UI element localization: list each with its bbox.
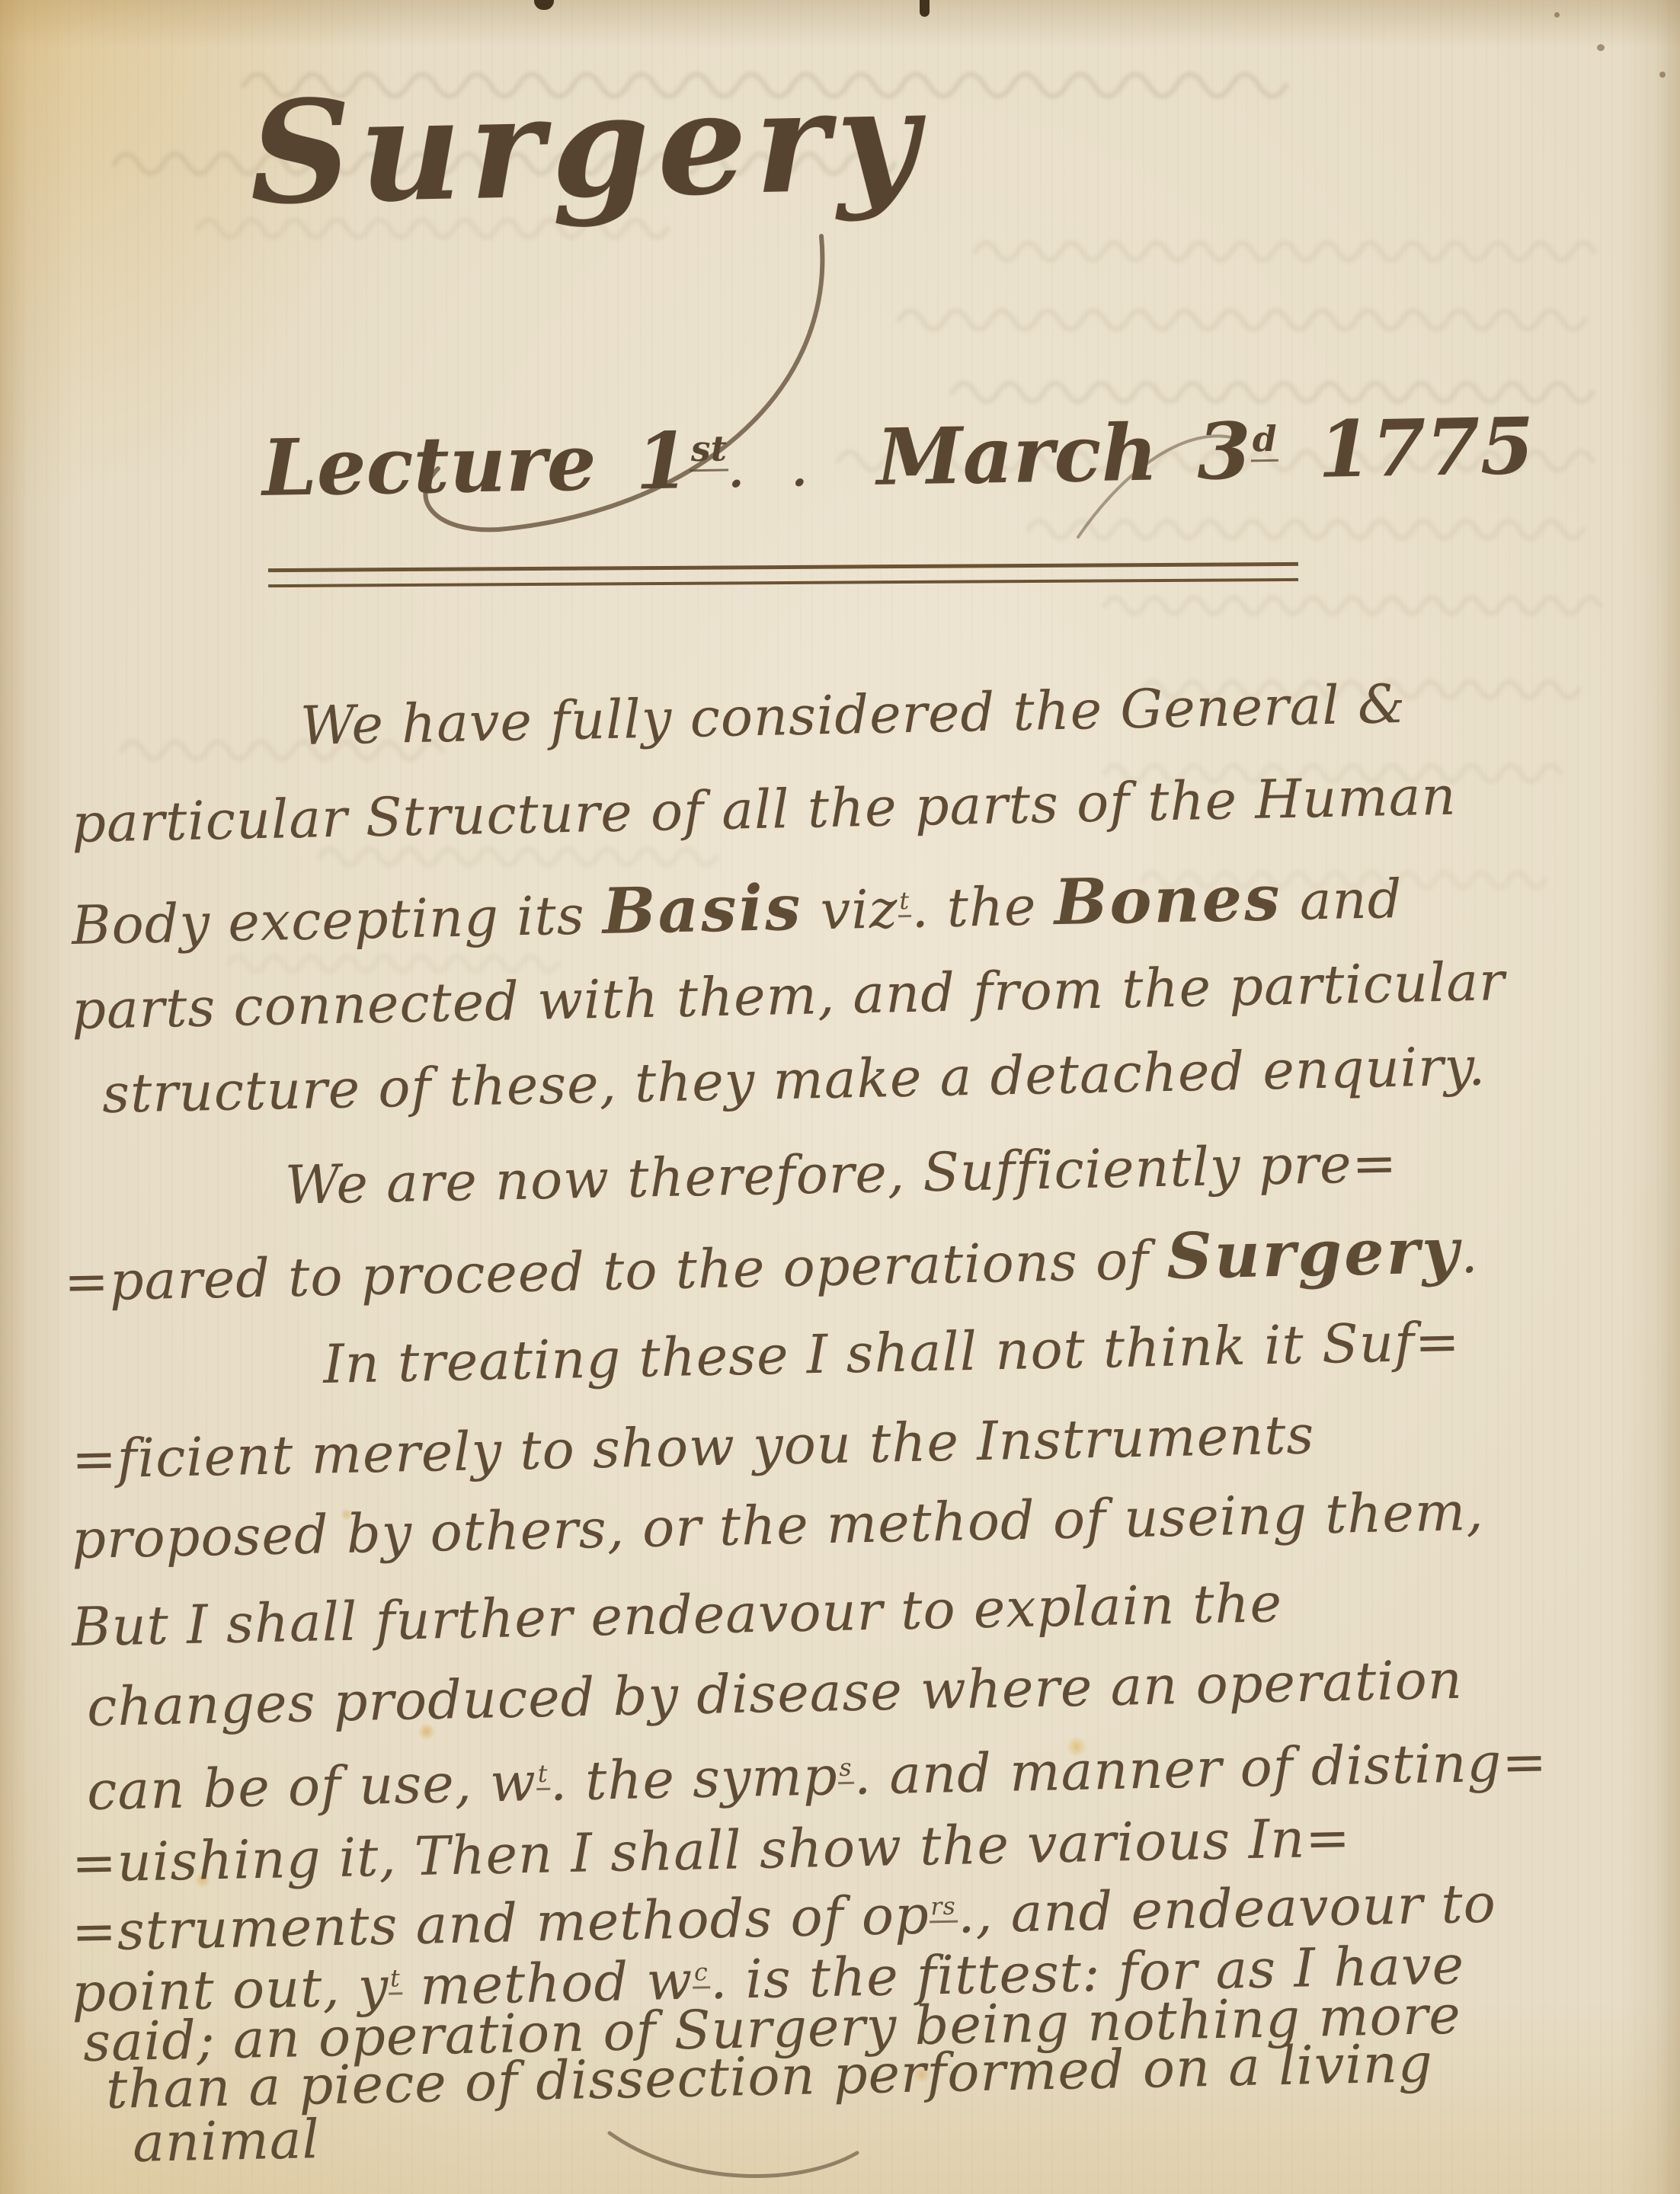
manuscript-line: animal bbox=[132, 2108, 320, 2174]
handwritten-text: We have fully considered the General & bbox=[299, 673, 1406, 757]
handwritten-text: . the bbox=[910, 875, 1054, 940]
handwritten-text: parts connected with them, and from the … bbox=[71, 950, 1506, 1041]
manuscript-line: We have fully considered the General & bbox=[299, 673, 1406, 757]
manuscript-line: Body excepting its Basis vizt. the Bones… bbox=[71, 859, 1403, 959]
handwritten-text: But I shall further endeavour to explain… bbox=[71, 1572, 1282, 1658]
manuscript-page: Surgery Lecture 1st. .March 3d 1775 We h… bbox=[0, 0, 1680, 2194]
handwritten-text: viz bbox=[802, 878, 899, 942]
manuscript-line: proposed by others, or the method of use… bbox=[71, 1480, 1484, 1571]
manuscript-line: structure of these, they make a detached… bbox=[101, 1035, 1486, 1125]
handwritten-text: proposed by others, or the method of use… bbox=[71, 1480, 1484, 1571]
handwritten-text: structure of these, they make a detached… bbox=[101, 1035, 1486, 1125]
manuscript-line: We are now therefore, Sufficiently pre= bbox=[284, 1132, 1398, 1217]
manuscript-line: =pared to proceed to the operations of S… bbox=[63, 1214, 1479, 1316]
handwritten-text: can be of use, w bbox=[86, 1751, 536, 1822]
superscript-abbreviation: t bbox=[536, 1760, 549, 1789]
handwritten-text: animal bbox=[132, 2108, 320, 2174]
manuscript-line: parts connected with them, and from the … bbox=[71, 950, 1506, 1041]
handwritten-text: particular Structure of all the parts of… bbox=[71, 765, 1457, 855]
handwritten-text: In treating these I shall not think it S… bbox=[322, 1310, 1461, 1396]
manuscript-line: changes produced by disease where an ope… bbox=[86, 1649, 1463, 1738]
superscript-abbreviation: t bbox=[898, 888, 911, 917]
manuscript-line: =ficient merely to show you the Instrume… bbox=[71, 1403, 1315, 1491]
handwritten-text: Surgery bbox=[1166, 1214, 1461, 1294]
superscript-abbreviation: c bbox=[693, 1959, 710, 1988]
handwritten-text: Bones bbox=[1054, 861, 1283, 939]
handwritten-text: Basis bbox=[602, 871, 804, 948]
handwritten-text: =pared to proceed to the operations of bbox=[63, 1229, 1167, 1313]
superscript-abbreviation: s bbox=[837, 1754, 854, 1783]
superscript-abbreviation: t bbox=[389, 1965, 402, 1994]
handwritten-text: Body excepting its bbox=[71, 884, 603, 957]
handwritten-text: and bbox=[1282, 868, 1403, 932]
handwritten-text: . bbox=[1460, 1223, 1479, 1285]
superscript-abbreviation: rs bbox=[929, 1892, 958, 1923]
manuscript-body: We have fully considered the General &pa… bbox=[0, 0, 1680, 2194]
handwritten-text: . the symp bbox=[549, 1745, 839, 1813]
handwritten-text: =ficient merely to show you the Instrume… bbox=[71, 1403, 1315, 1491]
handwritten-text: changes produced by disease where an ope… bbox=[86, 1649, 1463, 1738]
handwritten-text: We are now therefore, Sufficiently pre= bbox=[284, 1132, 1398, 1217]
manuscript-line: In treating these I shall not think it S… bbox=[322, 1310, 1461, 1396]
handwritten-text: . and manner of disting= bbox=[853, 1731, 1548, 1807]
manuscript-line: particular Structure of all the parts of… bbox=[71, 765, 1457, 855]
manuscript-line: But I shall further endeavour to explain… bbox=[71, 1572, 1282, 1658]
